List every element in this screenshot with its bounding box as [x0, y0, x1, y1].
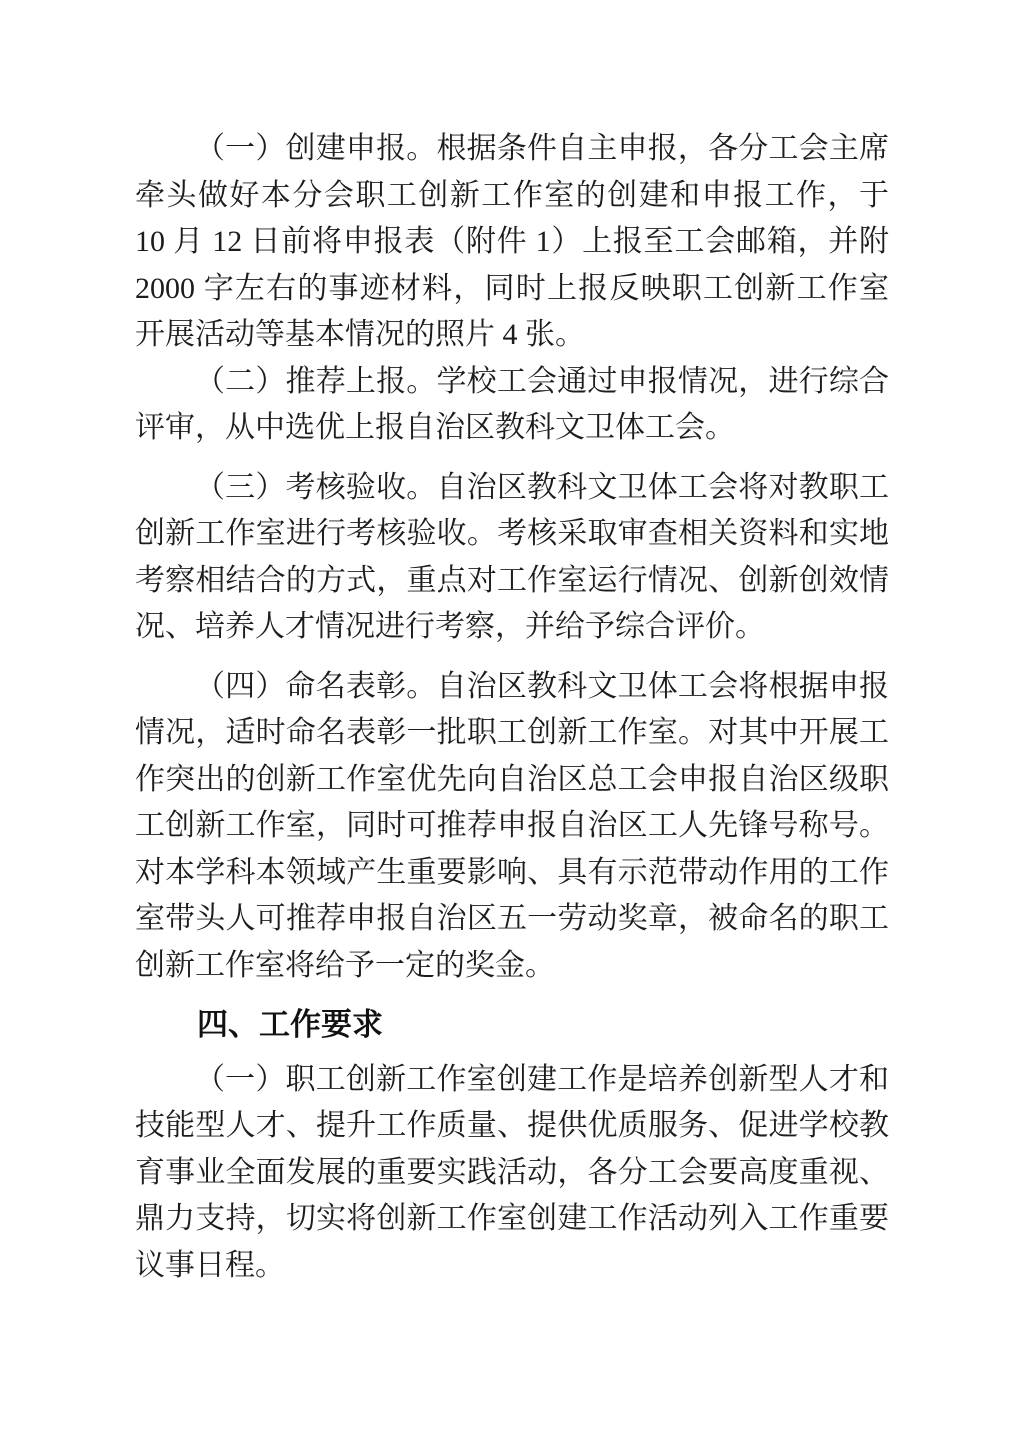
body-paragraph: （二）推荐上报。学校工会通过申报情况，进行综合评审，从中选优上报自治区教科文卫体…	[135, 359, 889, 452]
document-body: （一）创建申报。根据条件自主申报，各分工会主席牵头做好本分会职工创新工作室的创建…	[135, 126, 889, 1289]
body-paragraph: （一）职工创新工作室创建工作是培养创新型人才和技能型人才、提升工作质量、提供优质…	[135, 1057, 889, 1290]
section-heading: 四、工作要求	[135, 1002, 889, 1049]
document-page: （一）创建申报。根据条件自主申报，各分工会主席牵头做好本分会职工创新工作室的创建…	[0, 0, 1024, 1448]
body-paragraph: （三）考核验收。自治区教科文卫体工会将对教职工创新工作室进行考核验收。考核采取审…	[135, 465, 889, 651]
body-paragraph: （一）创建申报。根据条件自主申报，各分工会主席牵头做好本分会职工创新工作室的创建…	[135, 126, 889, 359]
body-paragraph: （四）命名表彰。自治区教科文卫体工会将根据申报情况，适时命名表彰一批职工创新工作…	[135, 664, 889, 990]
